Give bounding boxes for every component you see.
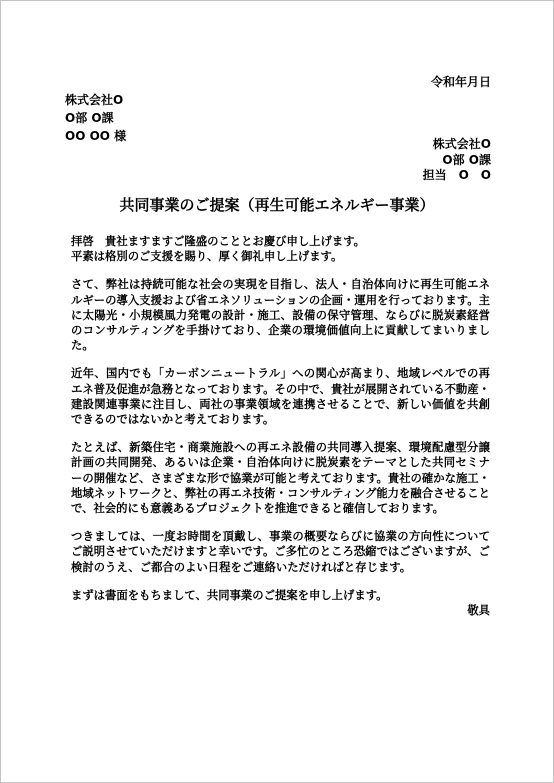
recipient-line: 株式会社O xyxy=(65,91,126,109)
paragraphs-container: 拝啓 貴社ますますご隆盛のこととお慶び申し上げます。 平素は格別のご支援を賜り、… xyxy=(71,234,490,603)
letter-paragraph: たとえば、新築住宅・商業施設への再エネ設備の共同導入提案、環境配慮型分譲計画の共… xyxy=(71,440,490,516)
recipient-line: OO OO 様 xyxy=(65,127,126,145)
letter-document: 令和年月日 株式会社OO部 O課OO OO 様 株式会社OO部 O課担当 O O… xyxy=(0,0,554,783)
letter-paragraph: 近年、国内でも「カーボンニュートラル」への関心が高まり、地域レベルでの再エネ普及… xyxy=(71,366,490,427)
recipient-line: O部 O課 xyxy=(65,109,126,127)
letter-paragraph: まずは書面をもちまして、共同事業のご提案を申し上げます。 xyxy=(71,588,490,603)
letter-paragraph: さて、弊社は持続可能な社会の実現を目指し、法人・自治体向けに再生可能エネルギーの… xyxy=(71,277,490,353)
letter-title: 共同事業のご提案（再生可能エネルギー事業） xyxy=(1,197,553,214)
letter-paragraph: 拝啓 貴社ますますご隆盛のこととお慶び申し上げます。 平素は格別のご支援を賜り、… xyxy=(71,234,490,264)
sender-block: 株式会社OO部 O課担当 O O xyxy=(423,137,491,184)
recipient-block: 株式会社OO部 O課OO OO 様 xyxy=(65,91,126,145)
sender-line: 株式会社O xyxy=(423,137,491,153)
letter-body: 拝啓 貴社ますますご隆盛のこととお慶び申し上げます。 平素は格別のご支援を賜り、… xyxy=(71,234,490,618)
letter-paragraph: つきましては、一度お時間を頂戴し、事業の概要ならびに協業の方向性についてご説明さ… xyxy=(71,529,490,575)
sender-line: O部 O課 xyxy=(423,153,491,169)
closing-keigu: 敬具 xyxy=(71,603,490,618)
sender-line: 担当 O O xyxy=(423,168,491,184)
letter-date: 令和年月日 xyxy=(431,75,491,90)
